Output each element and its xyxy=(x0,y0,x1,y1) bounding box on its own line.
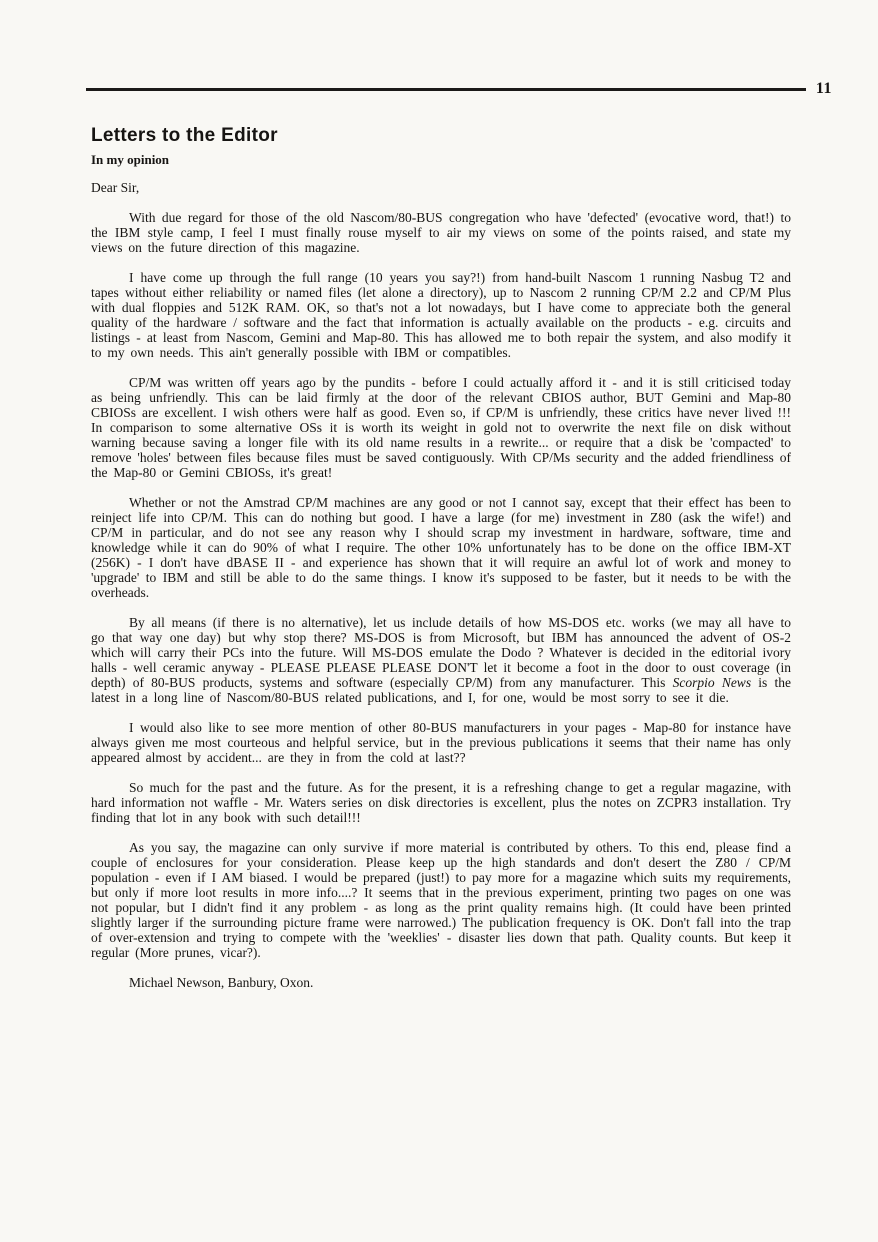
page-title: Letters to the Editor xyxy=(91,125,278,147)
letter-paragraph: So much for the past and the future. As … xyxy=(91,780,791,825)
letter-salutation: Dear Sir, xyxy=(91,180,791,196)
letter-paragraph: With due regard for those of the old Nas… xyxy=(91,210,791,255)
letter-paragraph: Whether or not the Amstrad CP/M machines… xyxy=(91,495,791,600)
paragraph-text: Whether or not the Amstrad CP/M machines… xyxy=(91,495,791,600)
paragraph-text: I have come up through the full range (1… xyxy=(91,270,791,360)
letter-paragraph: I have come up through the full range (1… xyxy=(91,270,791,360)
letter-title: In my opinion xyxy=(91,152,791,168)
paragraph-text: So much for the past and the future. As … xyxy=(91,780,791,825)
letter-paragraph: By all means (if there is no alternative… xyxy=(91,615,791,705)
letter-paragraph: CP/M was written off years ago by the pu… xyxy=(91,375,791,480)
letter-content: In my opinion Dear Sir, With due regard … xyxy=(91,152,791,991)
paragraph-text: I would also like to see more mention of… xyxy=(91,720,791,765)
paragraph-text: CP/M was written off years ago by the pu… xyxy=(91,375,791,480)
header-rule xyxy=(86,88,806,91)
letter-paragraph: As you say, the magazine can only surviv… xyxy=(91,840,791,960)
publication-name-italic: Scorpio News xyxy=(673,675,751,690)
letter-signature: Michael Newson, Banbury, Oxon. xyxy=(91,975,791,991)
page-number: 11 xyxy=(816,80,832,98)
page-header: 11 xyxy=(86,80,832,98)
document-page: 11 Letters to the Editor In my opinion D… xyxy=(0,0,878,1242)
paragraph-text: As you say, the magazine can only surviv… xyxy=(91,840,791,960)
letter-paragraph: I would also like to see more mention of… xyxy=(91,720,791,765)
paragraph-text: With due regard for those of the old Nas… xyxy=(91,210,791,255)
letter-body: With due regard for those of the old Nas… xyxy=(91,210,791,960)
